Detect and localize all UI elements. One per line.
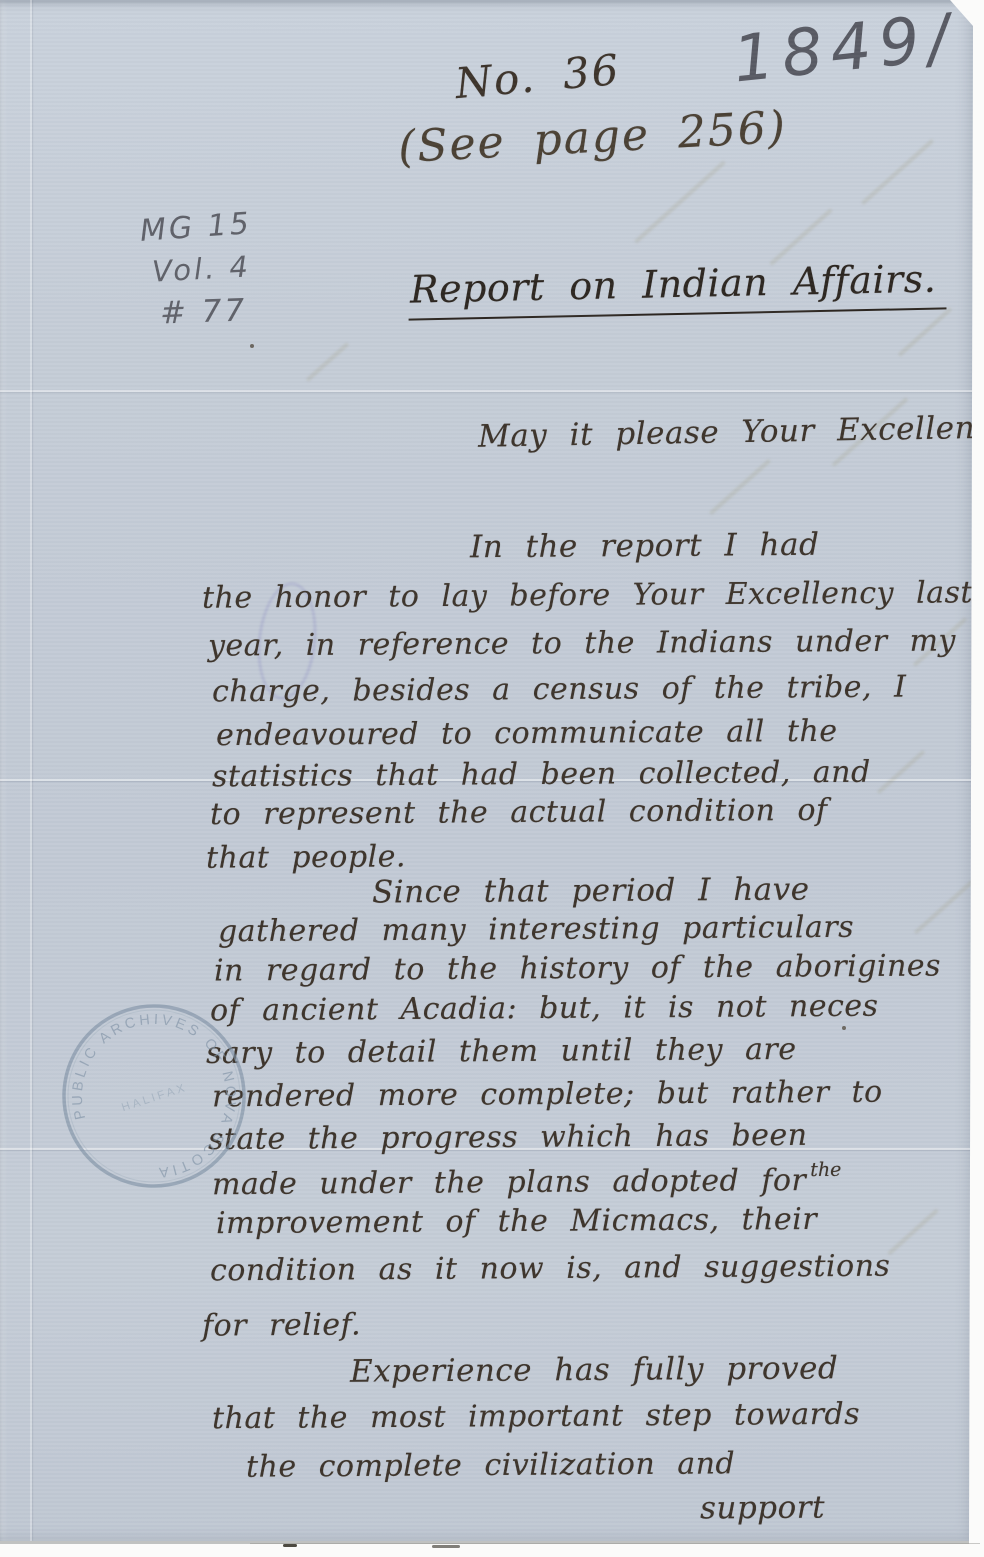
line-text: made under the plans adopted for xyxy=(212,1163,807,1202)
archives-stamp: PUBLIC ARCHIVES OF NOVA SCOTIA HALIFAX xyxy=(56,1000,252,1192)
manuscript-line: sary to detail them until they are xyxy=(206,1032,797,1071)
fold-crease xyxy=(0,390,984,392)
background-edge-mark xyxy=(283,1544,297,1547)
manuscript-line: state the progress which has been xyxy=(208,1118,808,1157)
interlinear-insertion: the xyxy=(810,1159,841,1181)
manuscript-line: that the most important step towards xyxy=(212,1397,860,1437)
scanned-manuscript: No. 36 1849/ (See page 256) MG 15 Vol. 4… xyxy=(0,0,984,1557)
document-number: No. 36 xyxy=(453,45,622,108)
manuscript-line: to represent the actual condition of xyxy=(210,793,828,832)
manuscript-page: No. 36 1849/ (See page 256) MG 15 Vol. 4… xyxy=(0,0,984,1541)
showthrough-stroke xyxy=(887,1208,939,1255)
background-edge-line xyxy=(250,1543,980,1544)
manuscript-line: endeavoured to communicate all the xyxy=(216,714,838,753)
document-title: Report on Indian Affairs. xyxy=(408,256,947,320)
showthrough-stroke xyxy=(898,307,953,357)
fold-crease-vertical xyxy=(30,0,32,1541)
salutation: May it please Your Excellency. xyxy=(478,409,984,454)
archive-ref-fonds: MG 15 xyxy=(139,206,253,249)
manuscript-line: made under the plans adopted forthe xyxy=(212,1159,842,1202)
manuscript-line: year, in reference to the Indians under … xyxy=(208,623,956,663)
manuscript-line: charge, besides a census of the tribe, I xyxy=(212,670,907,710)
catchword: support xyxy=(700,1490,825,1527)
manuscript-line: the honor to lay before Your Excellency … xyxy=(202,575,973,615)
showthrough-stroke xyxy=(709,459,771,516)
manuscript-line: Since that period I have xyxy=(372,871,810,910)
manuscript-line: statistics that had been collected, and xyxy=(212,755,871,795)
archive-ref-volume: Vol. 4 xyxy=(151,249,251,288)
showthrough-stroke xyxy=(877,750,926,794)
manuscript-line: Experience has fully proved xyxy=(350,1350,839,1389)
showthrough-stroke xyxy=(769,208,833,266)
archive-ref-item: # 77 xyxy=(159,292,247,331)
background-edge-mark xyxy=(432,1545,460,1548)
manuscript-line: improvement of the Micmacs, their xyxy=(216,1202,817,1241)
showthrough-stroke xyxy=(634,160,726,243)
manuscript-line: rendered more complete; but rather to xyxy=(212,1075,883,1115)
manuscript-line: the complete civilization and xyxy=(246,1446,735,1484)
manuscript-line: in regard to the history of the aborigin… xyxy=(214,948,941,988)
ink-speck xyxy=(250,344,254,348)
manuscript-line: of ancient Acadia: but, it is not neces xyxy=(210,989,879,1029)
ink-speck xyxy=(842,1026,846,1030)
pencil-year-annotation: 1849/ xyxy=(730,0,961,97)
showthrough-stroke xyxy=(306,342,350,382)
showthrough-stroke xyxy=(914,879,975,934)
manuscript-line: condition as it now is, and suggestions xyxy=(210,1249,891,1289)
page-reference-note: (See page 256) xyxy=(397,102,788,173)
manuscript-line: for relief. xyxy=(202,1307,361,1343)
manuscript-line: gathered many interesting particulars xyxy=(218,910,854,949)
stamp-center-text: HALIFAX xyxy=(120,1082,189,1115)
showthrough-stroke xyxy=(861,139,934,206)
manuscript-line: In the report I had xyxy=(470,527,820,565)
manuscript-line: that people. xyxy=(206,839,406,875)
